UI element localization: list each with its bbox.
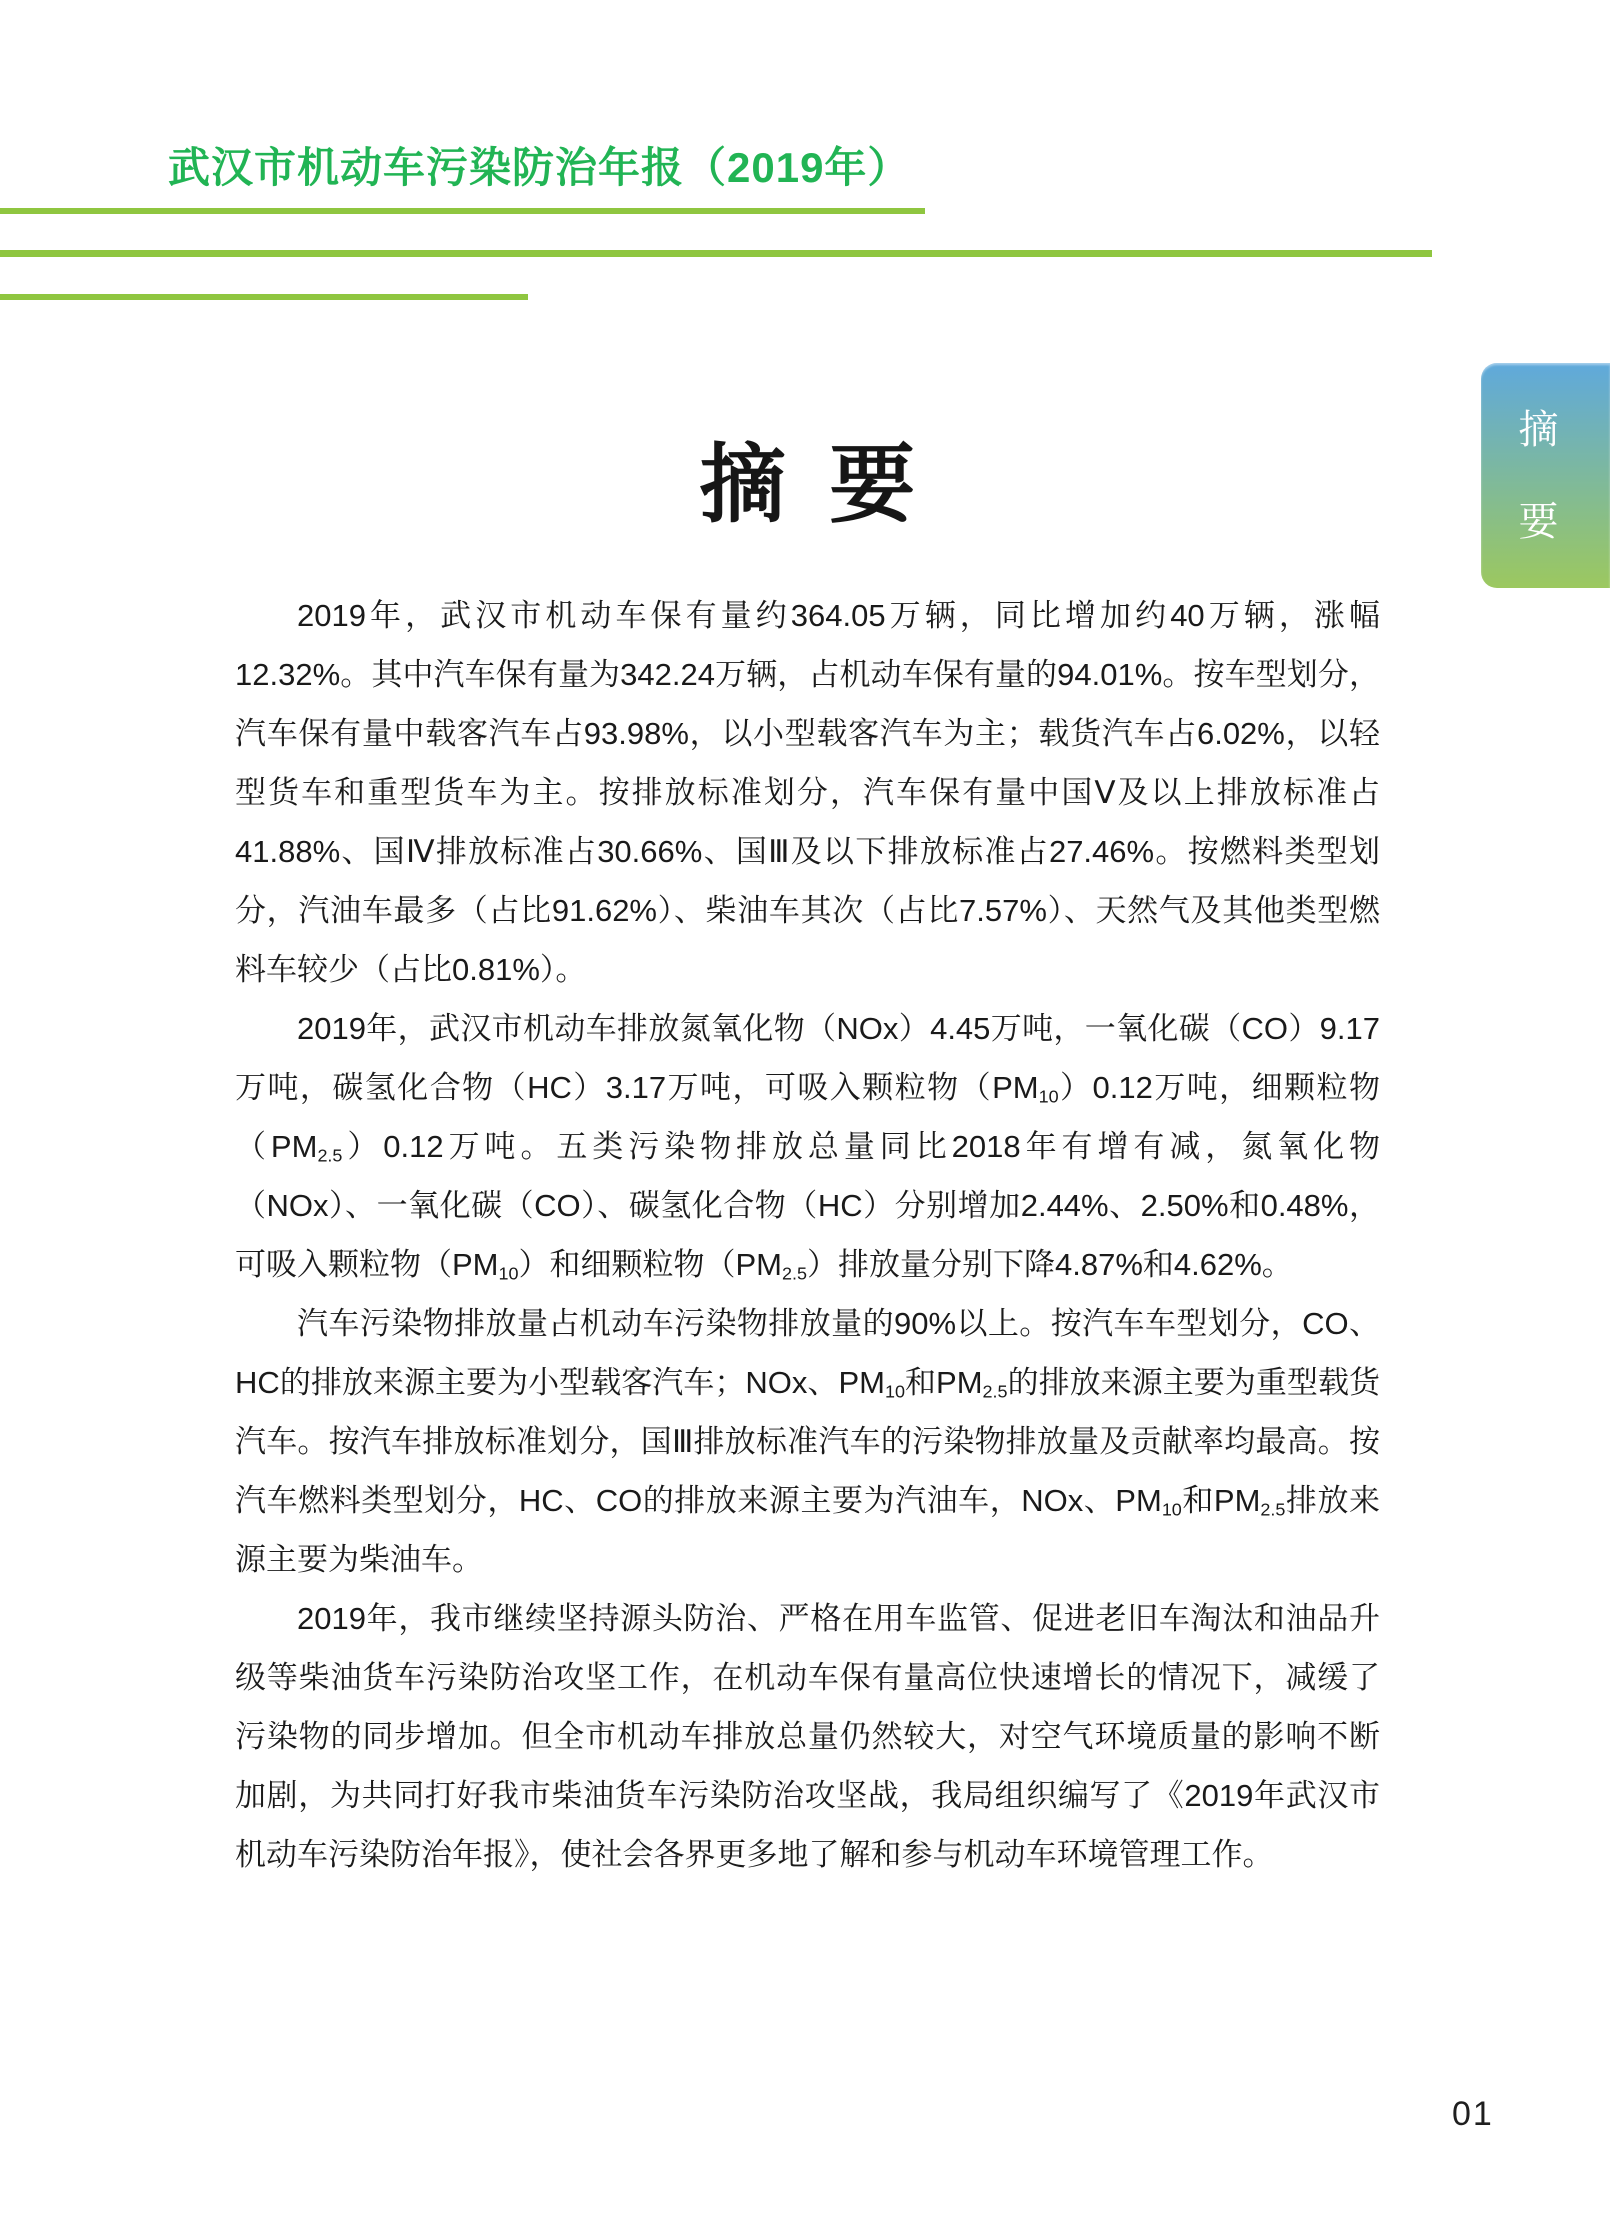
- paragraph: 2019年，我市继续坚持源头防治、严格在用车监管、促进老旧车淘汰和油品升级等柴油…: [235, 1589, 1380, 1884]
- page-number: 01: [1452, 2097, 1494, 2131]
- chapter-tab-abstract: 摘 要: [1481, 363, 1610, 588]
- chapter-tab-char-top: 摘: [1519, 410, 1559, 450]
- body-text: 2019年，武汉市机动车保有量约364.05万辆，同比增加约40万辆，涨幅12.…: [235, 586, 1380, 1884]
- paragraph: 汽车污染物排放量占机动车污染物排放量的90%以上。按汽车车型划分，CO、HC的排…: [235, 1294, 1380, 1589]
- paragraph: 2019年，武汉市机动车保有量约364.05万辆，同比增加约40万辆，涨幅12.…: [235, 586, 1380, 999]
- header-rule-top: [0, 208, 925, 214]
- page-title: 摘 要: [235, 438, 1380, 533]
- header-rule-middle: [0, 250, 1432, 257]
- chapter-tab-char-bottom: 要: [1519, 502, 1559, 542]
- header-rule-bottom: [0, 294, 528, 300]
- paragraph: 2019年，武汉市机动车排放氮氧化物（NOx）4.45万吨，一氧化碳（CO）9.…: [235, 999, 1380, 1294]
- report-page: { "header": { "report_title": "武汉市机动车污染防…: [0, 0, 1610, 2234]
- report-header-title: 武汉市机动车污染防治年报（2019年）: [168, 147, 910, 189]
